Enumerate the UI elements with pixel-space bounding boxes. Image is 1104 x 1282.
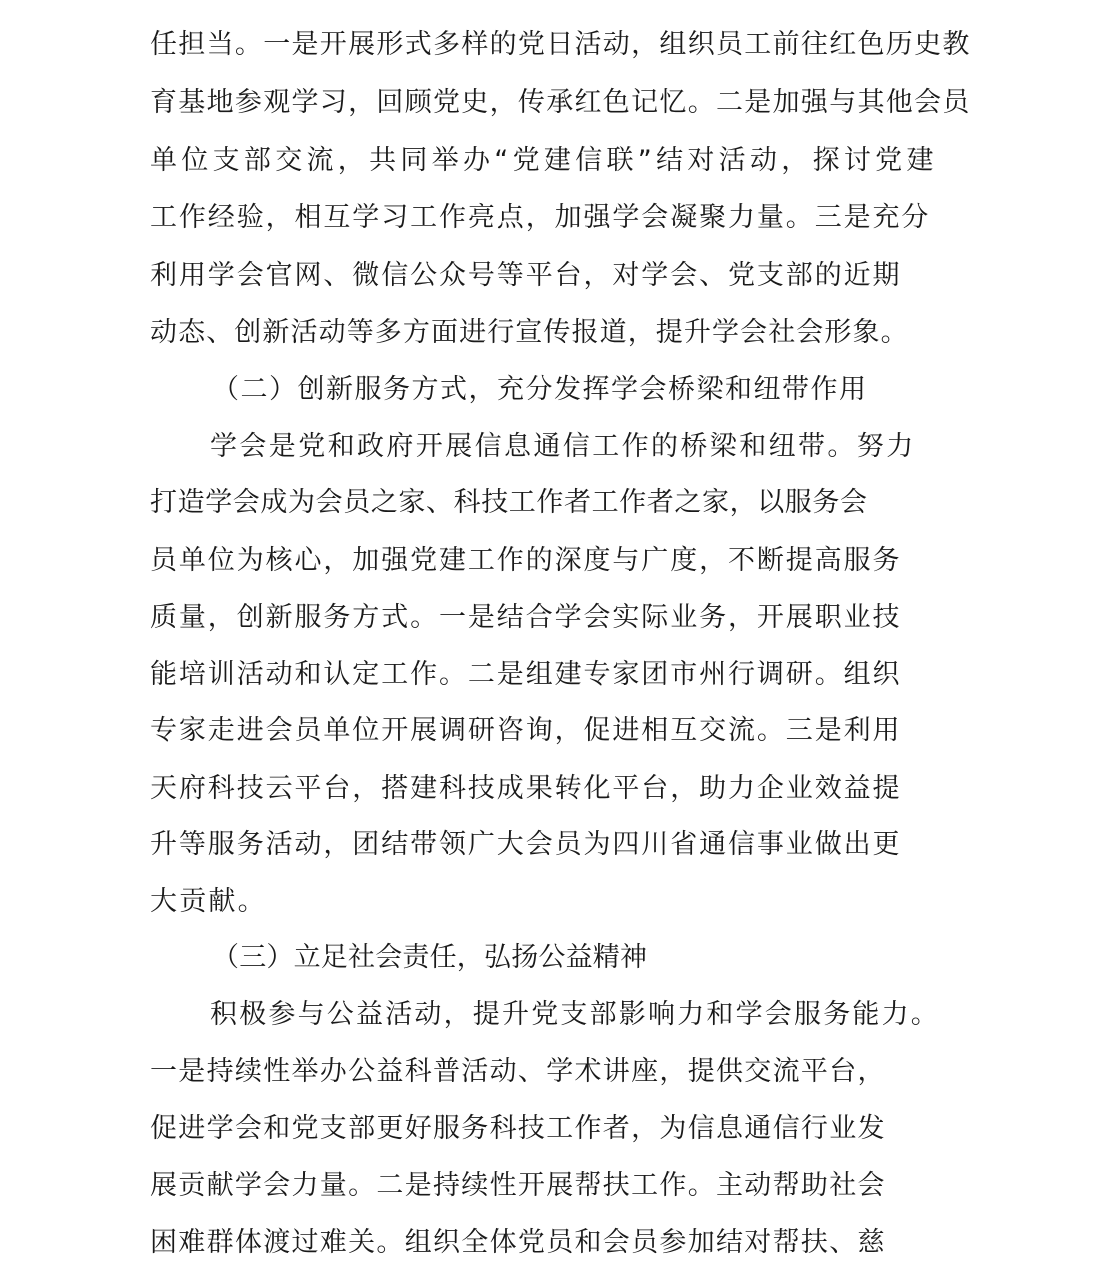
paragraph-start-line: 积极参与公益活动，提升党支部影响力和学会服务能力。 <box>210 998 940 1032</box>
body-line: 能培训活动和认定工作。二是组建专家团市州行调研。组织 <box>150 658 901 692</box>
body-line: 利用学会官网、微信公众号等平台，对学会、党支部的近期 <box>150 259 901 293</box>
body-line: 天府科技云平台，搭建科技成果转化平台，助力企业效益提 <box>150 772 901 806</box>
body-line: 单位支部交流，共同举办“党建信联”结对活动，探讨党建 <box>150 144 938 178</box>
section-heading-3: （三）立足社会责任，弘扬公益精神 <box>212 941 647 975</box>
paragraph-start-line: 学会是党和政府开展信息通信工作的桥梁和纽带。努力 <box>210 430 916 464</box>
body-line: 动态、创新活动等多方面进行宣传报道，提升学会社会形象。 <box>150 316 909 350</box>
body-line: 打造学会成为会员之家、科技工作者工作者之家，以服务会 <box>150 486 868 520</box>
body-line: 一是持续性举办公益科普活动、学术讲座，提供交流平台， <box>150 1055 886 1089</box>
body-line: 促进学会和党支部更好服务科技工作者，为信息通信行业发 <box>150 1112 886 1146</box>
body-line: 任担当。一是开展形式多样的党日活动，组织员工前往红色历史教 <box>150 28 971 62</box>
body-line: 质量，创新服务方式。一是结合学会实际业务，开展职业技 <box>150 601 901 635</box>
document-page: 任担当。一是开展形式多样的党日活动，组织员工前往红色历史教 育基地参观学习，回顾… <box>0 0 1104 1282</box>
body-line: 大贡献。 <box>150 885 267 919</box>
body-line: 困难群体渡过难关。组织全体党员和会员参加结对帮扶、慈 <box>150 1226 886 1260</box>
section-heading-2: （二）创新服务方式，充分发挥学会桥梁和纽带作用 <box>212 373 868 407</box>
body-line: 展贡献学会力量。二是持续性开展帮扶工作。主动帮助社会 <box>150 1169 886 1203</box>
body-line: 员单位为核心，加强党建工作的深度与广度，不断提高服务 <box>150 544 901 578</box>
body-line: 专家走进会员单位开展调研咨询，促进相互交流。三是利用 <box>150 714 901 748</box>
body-line: 升等服务活动，团结带领广大会员为四川省通信事业做出更 <box>150 828 901 862</box>
body-line: 育基地参观学习，回顾党史，传承红色记忆。二是加强与其他会员 <box>150 86 971 120</box>
body-line: 工作经验，相互学习工作亮点，加强学会凝聚力量。三是充分 <box>150 201 930 235</box>
